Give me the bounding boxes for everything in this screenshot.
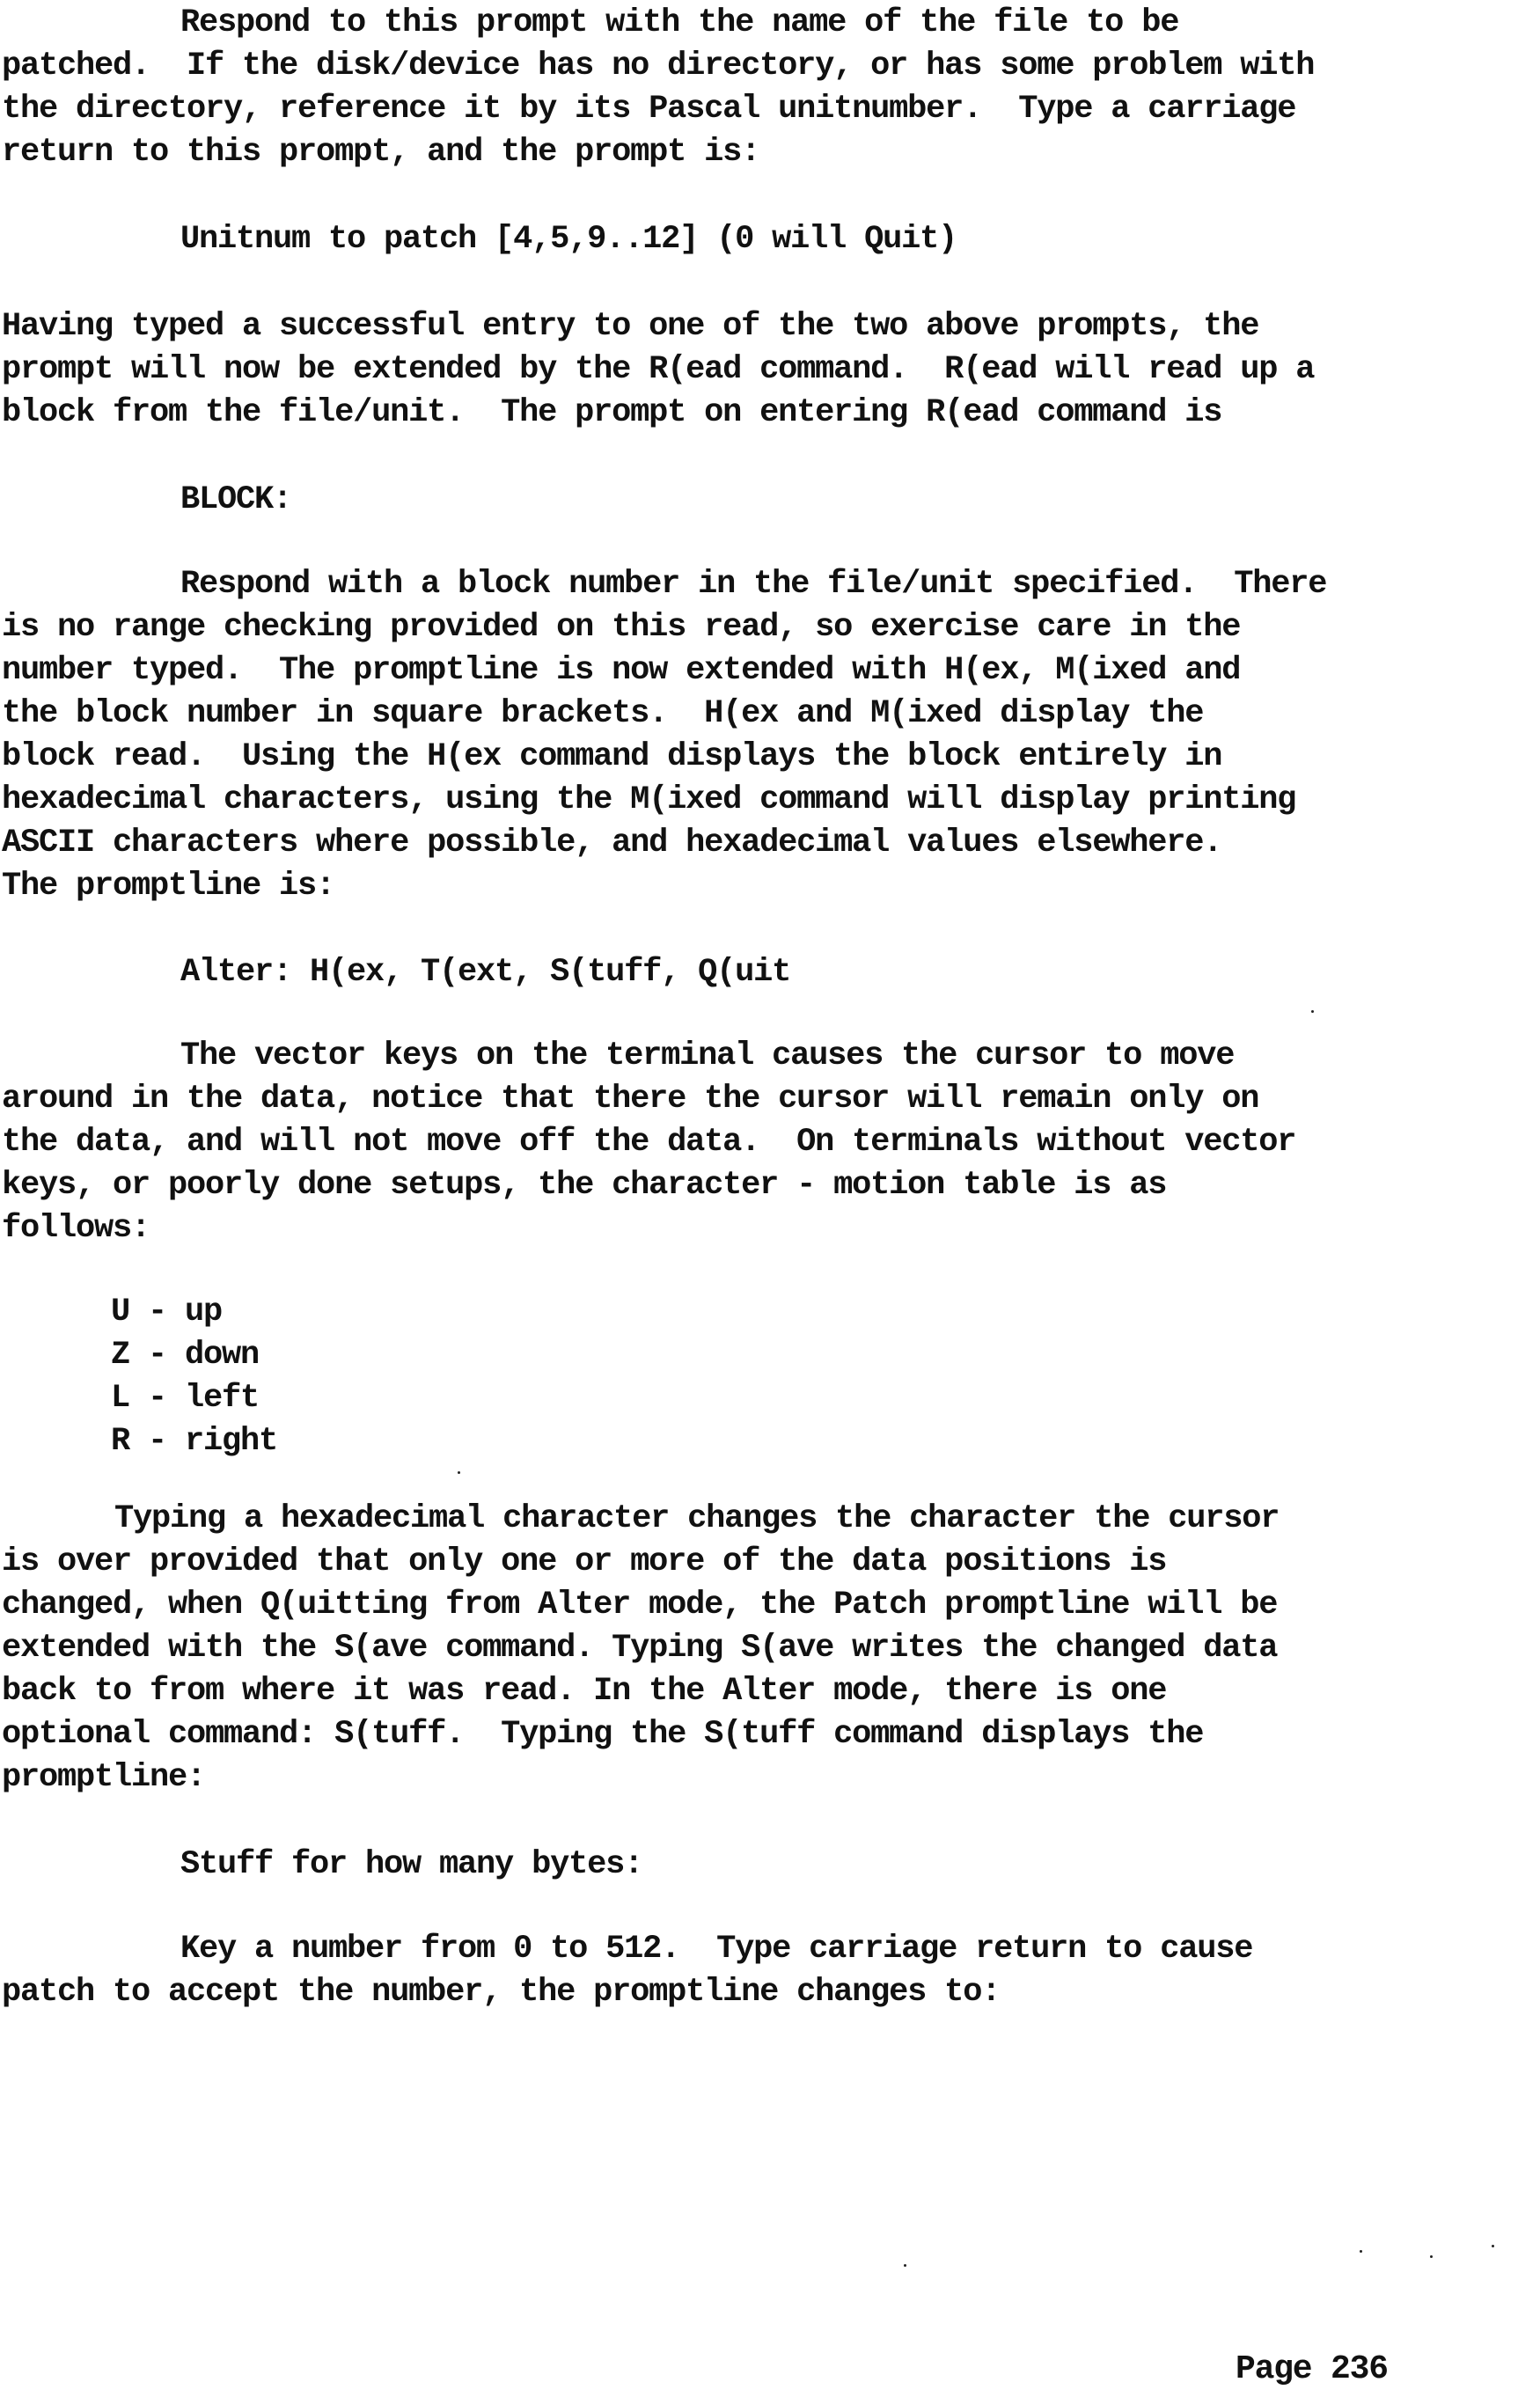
scan-speck: [904, 2264, 906, 2267]
paragraph-line: Respond to this prompt with the name of …: [180, 2, 1178, 46]
motion-table-row: R - right: [111, 1420, 277, 1464]
paragraph-line: block read. Using the H(ex command displ…: [2, 736, 1221, 780]
prompt-example-alter: Alter: H(ex, T(ext, S(tuff, Q(uit: [180, 951, 790, 995]
scan-speck: [1492, 2245, 1494, 2247]
scan-speck: [458, 1471, 460, 1474]
paragraph-line: ASCII characters where possible, and hex…: [2, 822, 1221, 866]
motion-table-row: Z - down: [111, 1334, 259, 1378]
paragraph-line: the data, and will not move off the data…: [2, 1121, 1295, 1165]
prompt-example-block: BLOCK:: [180, 479, 291, 523]
paragraph-line: The vector keys on the terminal causes t…: [180, 1035, 1234, 1079]
paragraph-line: follows:: [2, 1207, 150, 1251]
paragraph-line: back to from where it was read. In the A…: [2, 1670, 1166, 1714]
paragraph-line: patch to accept the number, the promptli…: [2, 1971, 1000, 2015]
scan-speck: [1311, 1010, 1314, 1013]
prompt-example-stuff: Stuff for how many bytes:: [180, 1844, 642, 1888]
page-number: Page 236: [1236, 2348, 1388, 2392]
paragraph-line: block from the file/unit. The prompt on …: [2, 392, 1221, 436]
paragraph-line: Having typed a successful entry to one o…: [2, 305, 1258, 349]
scan-speck: [1360, 2250, 1362, 2253]
paragraph-line: optional command: S(tuff. Typing the S(t…: [2, 1713, 1203, 1757]
paragraph-line: changed, when Q(uitting from Alter mode,…: [2, 1584, 1277, 1628]
paragraph-line: promptline:: [2, 1756, 205, 1800]
paragraph-line: Key a number from 0 to 512. Type carriag…: [180, 1928, 1252, 1972]
paragraph-line: return to this prompt, and the prompt is…: [2, 131, 759, 175]
paragraph-line: Typing a hexadecimal character changes t…: [114, 1498, 1279, 1542]
paragraph-line: is over provided that only one or more o…: [2, 1541, 1166, 1585]
motion-table-row: L - left: [111, 1377, 259, 1421]
paragraph-line: is no range checking provided on this re…: [2, 606, 1240, 650]
paragraph-line: extended with the S(ave command. Typing …: [2, 1627, 1277, 1671]
document-page: Respond to this prompt with the name of …: [0, 0, 1540, 2397]
paragraph-line: number typed. The promptline is now exte…: [2, 649, 1240, 693]
paragraph-line: hexadecimal characters, using the M(ixed…: [2, 779, 1295, 823]
prompt-example-unitnum: Unitnum to patch [4,5,9..12] (0 will Qui…: [180, 218, 957, 262]
paragraph-line: patched. If the disk/device has no direc…: [2, 45, 1314, 89]
motion-table-row: U - up: [111, 1291, 222, 1335]
paragraph-line: prompt will now be extended by the R(ead…: [2, 348, 1314, 392]
paragraph-line: the block number in square brackets. H(e…: [2, 693, 1203, 737]
paragraph-line: around in the data, notice that there th…: [2, 1078, 1258, 1122]
paragraph-line: the directory, reference it by its Pasca…: [2, 88, 1295, 132]
paragraph-line: keys, or poorly done setups, the charact…: [2, 1164, 1166, 1208]
scan-speck: [1430, 2255, 1433, 2258]
paragraph-line: Respond with a block number in the file/…: [180, 563, 1326, 607]
paragraph-line: The promptline is:: [2, 865, 334, 909]
